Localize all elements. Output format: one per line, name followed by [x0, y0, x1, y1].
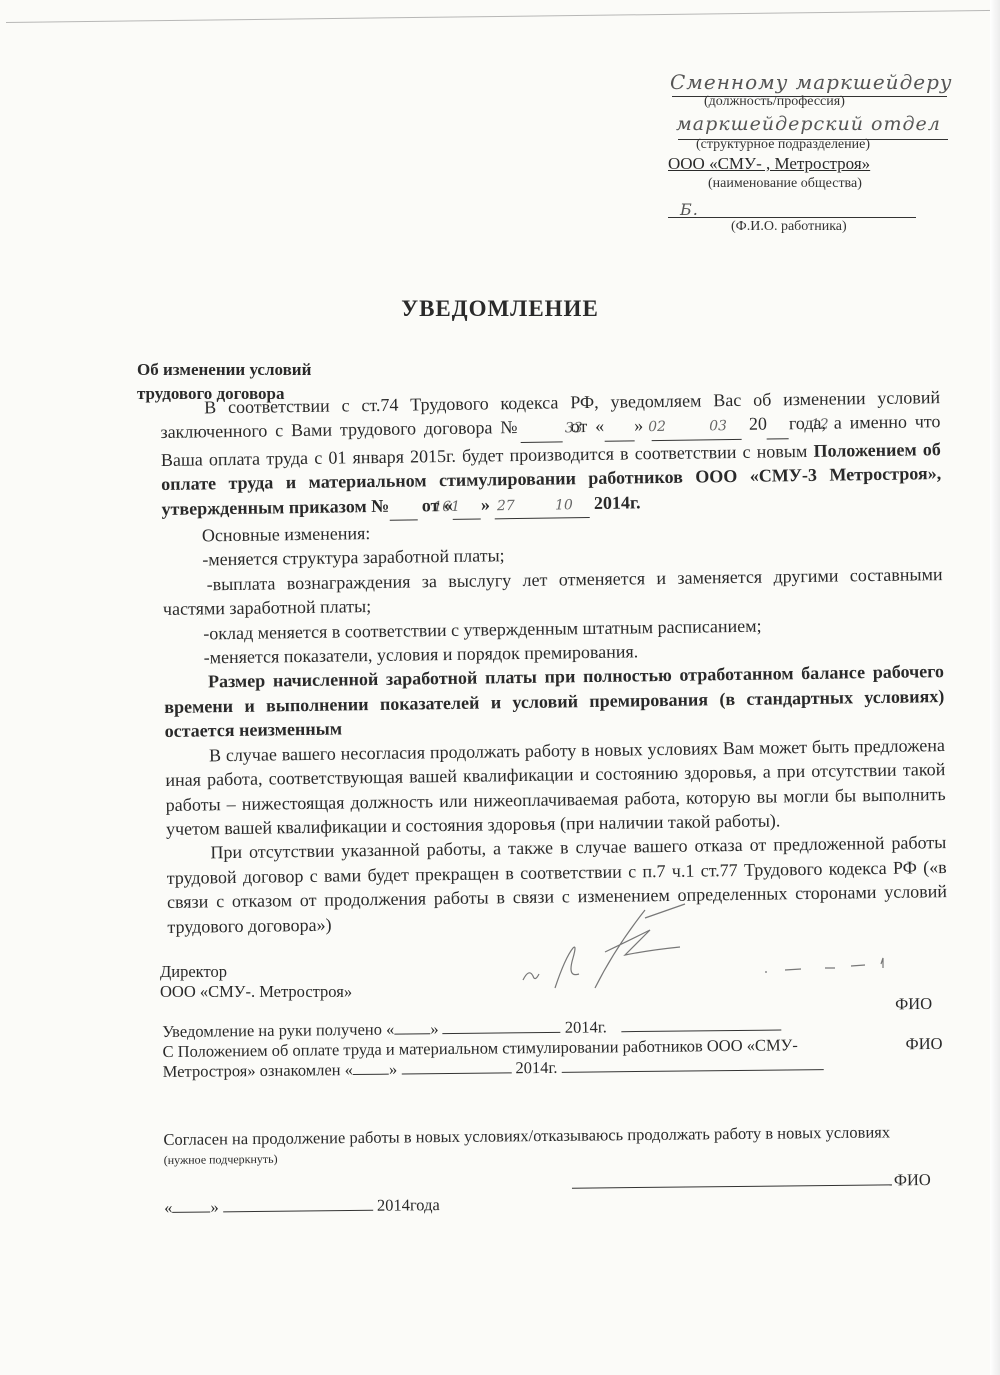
received-signature-field[interactable] [621, 1016, 781, 1033]
fio-label: ФИО [894, 1170, 931, 1190]
contract-month-field: 03 [651, 414, 741, 441]
position-caption: (должность/профессия) [704, 94, 845, 110]
order-day-field: 27 [453, 494, 481, 520]
paragraph-salary-unchanged: Размер начисленной заработной платы при … [164, 660, 945, 744]
scan-edge-top [6, 10, 996, 23]
company-caption: (наименование общества) [708, 176, 862, 192]
order-number-field: 161 [389, 495, 417, 521]
contract-number-field: 33 [521, 417, 563, 443]
subtitle-line-1: Об изменении условий [137, 358, 311, 382]
acquainted-month-field[interactable] [401, 1058, 511, 1074]
company-name: ООО «СМУ- , Метростроя» [668, 154, 870, 174]
paragraph-notice: В соответствии с ст.74 Трудового кодекса… [160, 385, 942, 524]
director-signature [505, 900, 925, 995]
department-caption: (структурное подразделение) [696, 137, 870, 153]
paragraph-disagreement: В случае вашего несогласия продолжать ра… [165, 733, 946, 842]
contract-year-field: 12 [767, 414, 789, 440]
signatory-role: Директор [160, 962, 352, 982]
employee-caption: (Ф.И.О. работника) [731, 219, 847, 235]
document-body: В соответствии с ст.74 Трудового кодекса… [160, 385, 948, 939]
consent-month-field[interactable] [223, 1196, 373, 1213]
consent-date-line: ФИО «» 2014года [164, 1170, 954, 1218]
scan-edge-right [990, 0, 1000, 1375]
consent-day-field[interactable] [172, 1198, 210, 1213]
received-month-field[interactable] [443, 1018, 561, 1034]
contract-day-field: 02 [604, 416, 634, 442]
employee-line [668, 217, 916, 218]
received-day-field[interactable] [394, 1019, 430, 1034]
fio-label: ФИО [906, 1034, 943, 1054]
order-month-field: 10 [494, 493, 589, 520]
consent-signature-field[interactable] [572, 1170, 892, 1188]
signatory-company: ООО «СМУ-. Метростроя» [160, 982, 352, 1002]
acquainted-day-field[interactable] [353, 1060, 389, 1075]
document-title: УВЕДОМЛЕНИЕ [0, 296, 1000, 322]
signatory-block: Директор ООО «СМУ-. Метростроя» [160, 962, 352, 1002]
acquainted-signature-field[interactable] [562, 1055, 824, 1073]
acknowledgement-section: ФИО Уведомление на руки получено «» 2014… [162, 994, 954, 1218]
position-handwritten: Сменному маркшейдеру [670, 70, 952, 94]
department-handwritten: маркшейдерский отдел [676, 113, 941, 135]
